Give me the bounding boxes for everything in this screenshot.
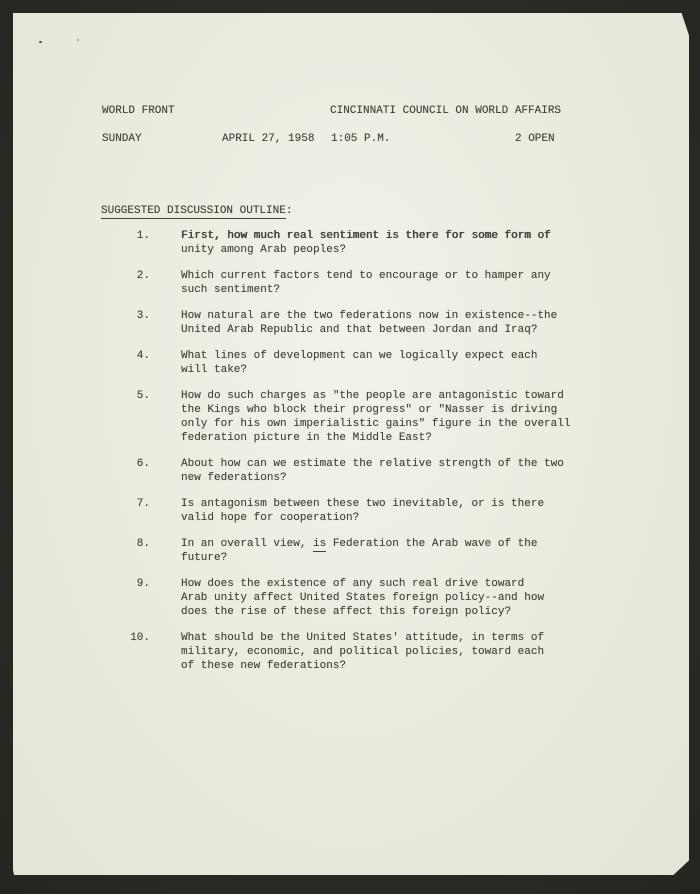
outline-item-line: future?: [181, 551, 537, 565]
outline-item: 2.Which current factors tend to encourag…: [101, 269, 593, 297]
paper-sheet: WORLD FRONT CINCINNATI COUNCIL ON WORLD …: [13, 13, 689, 875]
outline-item-text: Is antagonism between these two inevitab…: [181, 497, 544, 525]
outline-item-line: Which current factors tend to encourage …: [181, 269, 551, 283]
outline-item-line: About how can we estimate the relative s…: [181, 457, 564, 471]
outline-item: 6.About how can we estimate the relative…: [101, 457, 593, 485]
outline-item: 4.What lines of development can we logic…: [101, 349, 593, 377]
outline-heading: SUGGESTED DISCUSSION OUTLINE:: [101, 204, 292, 218]
emphasized-text: First, how much real sentiment is there …: [181, 230, 551, 242]
date-label: APRIL 27, 1958: [222, 132, 314, 146]
outline-item-line: does the rise of these affect this forei…: [181, 605, 544, 619]
outline-item: 8.In an overall view, is Federation the …: [101, 537, 593, 565]
outline-item-line: such sentiment?: [181, 283, 551, 297]
outline-item-number: 7.: [101, 497, 150, 525]
outline-item-line: the Kings who block their progress" or "…: [181, 403, 570, 417]
outline-item-number: 6.: [101, 457, 150, 485]
outline-item-number: 2.: [101, 269, 150, 297]
outline-item-line: Arab unity affect United States foreign …: [181, 591, 544, 605]
time-label: 1:05 P.M.: [331, 132, 390, 146]
outline-item-text: How does the existence of any such real …: [181, 577, 544, 619]
organization-name: CINCINNATI COUNCIL ON WORLD AFFAIRS: [330, 104, 561, 118]
outline-item-text: What should be the United States' attitu…: [181, 631, 544, 673]
outline-item-line: How do such charges as "the people are a…: [181, 389, 570, 403]
outline-item-line: First, how much real sentiment is there …: [181, 229, 551, 243]
scan-speck: [77, 39, 79, 41]
outline-item-line: How natural are the two federations now …: [181, 309, 557, 323]
outline-item-number: 10.: [101, 631, 150, 673]
outline-item-line: military, economic, and political polici…: [181, 645, 544, 659]
outline-item: 3.How natural are the two federations no…: [101, 309, 593, 337]
outline-list: 1.First, how much real sentiment is ther…: [101, 229, 593, 685]
outline-item-text: In an overall view, is Federation the Ar…: [181, 537, 537, 565]
outline-item-number: 3.: [101, 309, 150, 337]
outline-item-line: will take?: [181, 363, 537, 377]
outline-item-line: only for his own imperialistic gains" fi…: [181, 417, 570, 431]
outline-item: 10.What should be the United States' att…: [101, 631, 593, 673]
day-label: SUNDAY: [102, 132, 142, 146]
scan-speck: [39, 41, 42, 43]
slot-label: 2 OPEN: [515, 132, 555, 146]
outline-item: 7.Is antagonism between these two inevit…: [101, 497, 593, 525]
outline-item: 1.First, how much real sentiment is ther…: [101, 229, 593, 257]
outline-item-text: How natural are the two federations now …: [181, 309, 557, 337]
outline-item: 5.How do such charges as "the people are…: [101, 389, 593, 445]
program-title: WORLD FRONT: [102, 104, 175, 118]
outline-item-line: of these new federations?: [181, 659, 544, 673]
outline-item-line: In an overall view, is Federation the Ar…: [181, 537, 537, 551]
outline-item-number: 8.: [101, 537, 150, 565]
outline-item-line: unity among Arab peoples?: [181, 243, 551, 257]
outline-item-line: valid hope for cooperation?: [181, 511, 544, 525]
outline-item-line: What should be the United States' attitu…: [181, 631, 544, 645]
outline-item-text: About how can we estimate the relative s…: [181, 457, 564, 485]
underlined-word: is: [313, 538, 326, 552]
outline-item-line: Is antagonism between these two inevitab…: [181, 497, 544, 511]
outline-item-text: Which current factors tend to encourage …: [181, 269, 551, 297]
outline-item-line: What lines of development can we logical…: [181, 349, 537, 363]
outline-item: 9.How does the existence of any such rea…: [101, 577, 593, 619]
outline-item-number: 9.: [101, 577, 150, 619]
outline-item-line: new federations?: [181, 471, 564, 485]
outline-heading-text: SUGGESTED DISCUSSION OUTLINE: [101, 205, 286, 219]
outline-item-text: First, how much real sentiment is there …: [181, 229, 551, 257]
outline-item-number: 1.: [101, 229, 150, 257]
outline-item-number: 4.: [101, 349, 150, 377]
outline-item-number: 5.: [101, 389, 150, 445]
outline-item-text: How do such charges as "the people are a…: [181, 389, 570, 445]
scanned-document: WORLD FRONT CINCINNATI COUNCIL ON WORLD …: [0, 0, 700, 894]
outline-heading-colon: :: [286, 205, 293, 217]
outline-item-line: How does the existence of any such real …: [181, 577, 544, 591]
outline-item-line: United Arab Republic and that between Jo…: [181, 323, 557, 337]
outline-item-text: What lines of development can we logical…: [181, 349, 537, 377]
outline-item-line: federation picture in the Middle East?: [181, 431, 570, 445]
